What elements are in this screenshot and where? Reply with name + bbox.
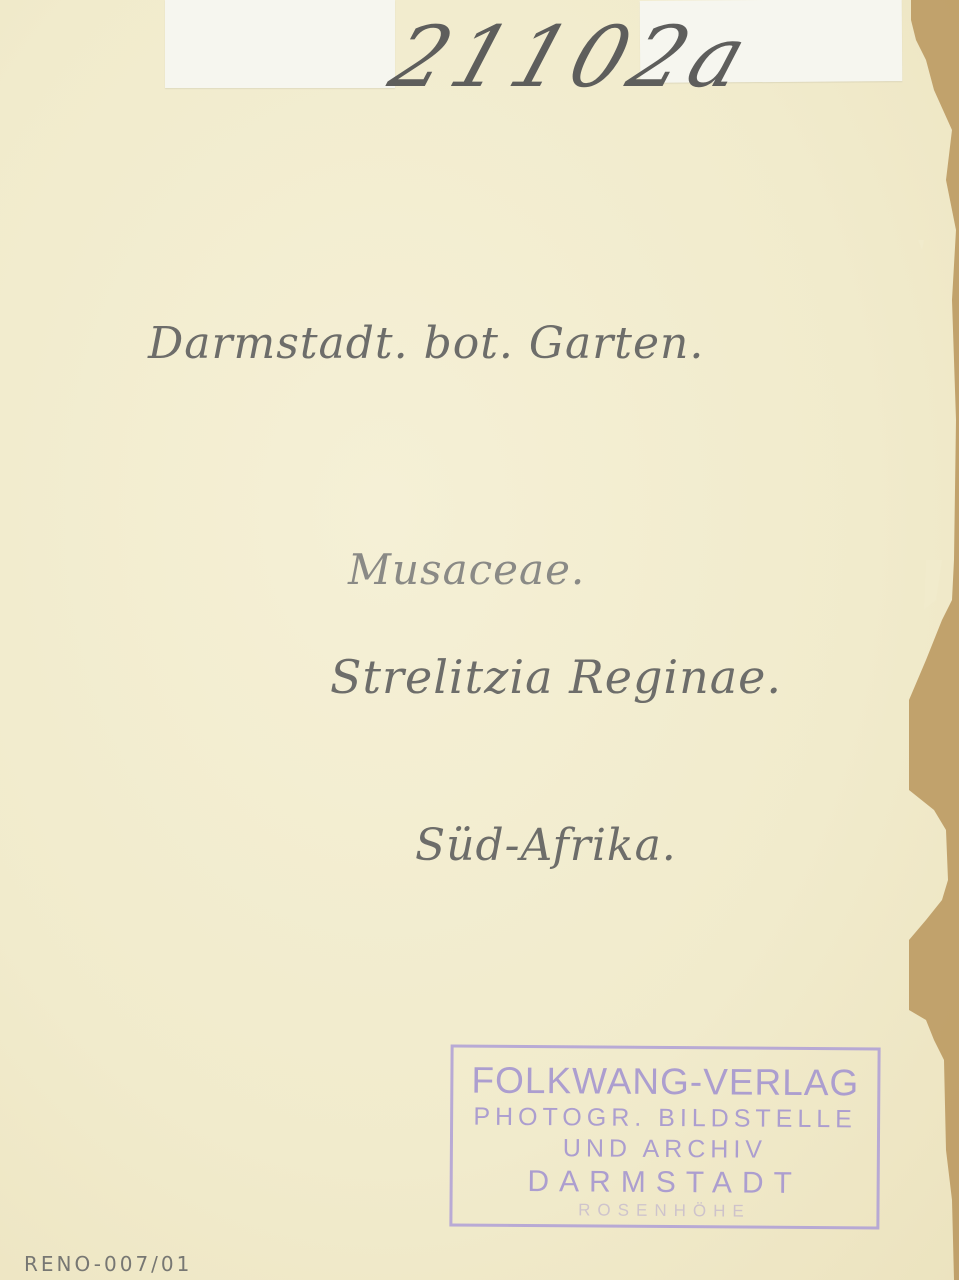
handwritten-location: Darmstadt. bot. Garten.: [148, 318, 704, 369]
stamp-department: PHOTOGR. BILDSTELLE: [453, 1105, 877, 1133]
handwritten-species: Strelitzia Reginae.: [330, 650, 782, 704]
stamp-district: ROSENHÖHE: [452, 1201, 876, 1221]
inventory-number: 21102a: [379, 8, 764, 106]
stamp-publisher: FOLKWANG-VERLAG: [453, 1062, 877, 1102]
tape-strip-left: [165, 0, 395, 88]
publisher-stamp: FOLKWANG-VERLAG PHOTOGR. BILDSTELLE UND …: [449, 1045, 880, 1230]
catalog-code: RENO-007/01: [24, 1252, 192, 1276]
handwritten-family: Musaceae.: [348, 545, 585, 594]
archive-card: 21102a Darmstadt. bot. Garten. Musaceae.…: [0, 0, 959, 1280]
stamp-city: DARMSTADT: [453, 1167, 877, 1200]
stamp-archive: UND ARCHIV: [453, 1136, 877, 1164]
torn-binding-edge: [906, 0, 959, 1280]
handwritten-origin: Süd-Afrika.: [415, 820, 677, 871]
